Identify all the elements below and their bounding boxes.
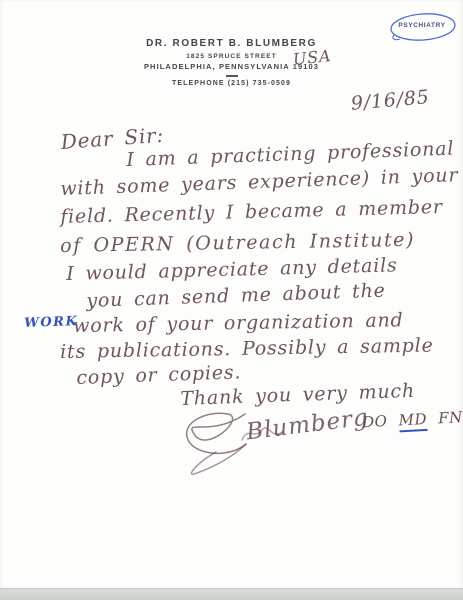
credential-do: DO (362, 412, 388, 431)
letterhead: DR. ROBERT B. BLUMBERG 1825 SPRUCE STREE… (0, 38, 463, 87)
letter-page: PSYCHIATRY DR. ROBERT B. BLUMBERG 1825 S… (0, 0, 463, 600)
signature: Blumberg DO MD FNPA (150, 396, 460, 486)
credential-fnpa: FNPA (438, 407, 463, 427)
signature-scribble-icon (150, 396, 460, 486)
body-line: you can send me about the (86, 280, 386, 312)
credential-md: MD (398, 410, 427, 432)
scan-bottom-edge (0, 588, 463, 600)
city-address: PHILADELPHIA, PENNSYLVANIA 19103 (0, 62, 463, 71)
country-annotation: USA (292, 46, 332, 69)
date-annotation: 9/16/85 (350, 86, 430, 115)
doctor-name: DR. ROBERT B. BLUMBERG (0, 38, 463, 49)
body-line: field. Recently I became a member (60, 196, 443, 228)
street-address: 1825 SPRUCE STREET (0, 53, 463, 60)
margin-note: WORK (24, 314, 79, 331)
body-line: of OPERN (Outreach Institute) (60, 229, 415, 257)
stamp-label: PSYCHIATRY (388, 22, 456, 29)
body-line: work of your organization and (73, 309, 404, 337)
body-line: its publications. Possibly a sample (60, 334, 434, 363)
letterhead-divider (226, 75, 238, 77)
body-line: copy or copies. (76, 361, 242, 389)
body-line: with some years experience) in your (60, 164, 459, 200)
phone-number: TELEPHONE (215) 735-0509 (0, 80, 463, 87)
